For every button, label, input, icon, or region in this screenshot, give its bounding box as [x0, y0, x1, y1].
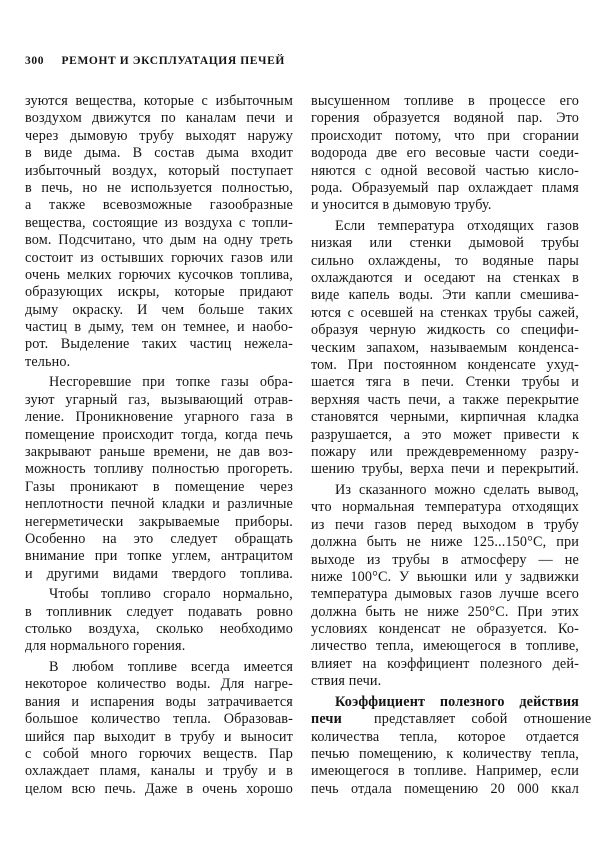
text-line: целом всю печь. Даже в очень хорошо [25, 781, 293, 798]
text-line: виде капель воды. Эти капли смешива- [311, 287, 579, 304]
text-line: становятся черными, кирпичная кладка [311, 409, 579, 426]
text-line: некоторое количество воды. Для нагре- [25, 676, 293, 693]
text-line: состоит из остывших горючих газов или [25, 250, 293, 267]
text-line: а также всевозможные газообразные [25, 197, 293, 214]
text-line: ческим запахом, называемым конденса- [311, 340, 579, 357]
text-line: в виде дыма. В состав дыма входит [25, 145, 293, 162]
text-line: печью помещению, к количеству тепла, [311, 746, 579, 763]
text-line: вания и испарения воды затрачивается [25, 694, 293, 711]
text-line: большое количество тепла. Образовав- [25, 711, 293, 728]
text-line: шается тяга в печи. Стенки трубы и [311, 374, 579, 391]
text-line: пожару или преждевременному разру- [311, 444, 579, 461]
text-line: выходе из трубы в атмосферу — не [311, 552, 579, 569]
text-line: неплотности печной кладки и различные [25, 496, 293, 513]
text-line: Из сказанного можно сделать вывод, [311, 482, 579, 499]
paragraph: Несгоревшие при топке газы обра- зуют уг… [25, 374, 293, 583]
text-line: воздухом движутся по каналам печи и [25, 110, 293, 127]
running-header: 300 РЕМОНТ И ЭКСПЛУАТАЦИЯ ПЕЧЕЙ [25, 55, 285, 67]
text-line: личество тепла, имеющегося в топливе, [311, 638, 579, 655]
paragraph: высушенном топливе в процессе его горени… [311, 93, 579, 215]
text-line: что нормальная температура отходящих [311, 499, 579, 516]
text-line: ниже 100°С. У вьюшки или у задвижки [311, 569, 579, 586]
text-line: охлаждаются и оседают на стенках в [311, 270, 579, 287]
text-line: из печи газов перед выходом в трубу [311, 517, 579, 534]
text-line: частиц в дыму, тем он темнее, и наобо- [25, 319, 293, 336]
text-line: зуются вещества, которые с избыточным [25, 93, 293, 110]
text-line: негерметически закрываемые приборы. [25, 514, 293, 531]
text-line: условиях конденсат не образуется. Ко- [311, 621, 579, 638]
paragraph-definition: Коэффициент полезного действия печи пред… [311, 694, 579, 798]
text-line: должна быть не ниже 250°С. При этих [311, 604, 579, 621]
text-fragment: представляет собой отношение [374, 711, 591, 727]
text-line: столько воздуха, сколько необходимо [25, 621, 293, 638]
text-line: образуя черную жидкость со специфи- [311, 322, 579, 339]
text-line: верхняя часть печи, а также перекрытие [311, 392, 579, 409]
term-heading: Коэффициент полезного действия [311, 694, 579, 711]
text-line: Особенно на это следует обращать [25, 531, 293, 548]
text-line: помещение происходит тогда, когда печь [25, 427, 293, 444]
running-title: РЕМОНТ И ЭКСПЛУАТАЦИЯ ПЕЧЕЙ [62, 55, 285, 67]
text-line: шению трубы, верха печи и перекрытий. [311, 461, 579, 478]
text-line: с собой много горючих веществ. Пар [25, 746, 293, 763]
text-line: происходит потому, что при сгорании [311, 128, 579, 145]
text-line: печи представляет собой отношение [311, 711, 579, 728]
text-line: и уносится в дымовую трубу. [311, 197, 579, 214]
text-line: охлаждает пламя, каналы и трубу и в [25, 763, 293, 780]
text-line: температура дымовых газов лучше всего [311, 586, 579, 603]
text-line: в топливник следует подавать ровно [25, 604, 293, 621]
text-line: можность топливу полностью прогореть. [25, 461, 293, 478]
paragraph: Чтобы топливо сгорало нормально, в топли… [25, 586, 293, 656]
text-line: том. При постоянном конденсате ухуд- [311, 357, 579, 374]
text-line: образующих искры, которые придают [25, 284, 293, 301]
text-line: зуют угарный газ, вызывающий отрав- [25, 392, 293, 409]
text-line: вещества, состоящие из воздуха с топли- [25, 215, 293, 232]
text-line: Если температура отходящих газов [311, 218, 579, 235]
text-line: дыму окраску. И чем больше таких [25, 302, 293, 319]
text-line: количества тепла, которое отдается [311, 729, 579, 746]
text-line: печь отдала помещению 20 000 ккал [311, 781, 579, 798]
paragraph: В любом топливе всегда имеется некоторое… [25, 659, 293, 798]
text-line: няются с одной весовой частью кисло- [311, 163, 579, 180]
text-line: Чтобы топливо сгорало нормально, [25, 586, 293, 603]
text-line: через дымовую трубу выходят наружу [25, 128, 293, 145]
text-line: для нормального горения. [25, 638, 293, 655]
left-column: зуются вещества, которые с избыточным во… [25, 93, 293, 801]
text-line: очень мелких горючих кусочков топлива, [25, 267, 293, 284]
term-heading-cont: печи [311, 711, 342, 727]
paragraph: Из сказанного можно сделать вывод, что н… [311, 482, 579, 691]
paragraph: зуются вещества, которые с избыточным во… [25, 93, 293, 371]
text-line: высушенном топливе в процессе его [311, 93, 579, 110]
text-line: В любом топливе всегда имеется [25, 659, 293, 676]
text-line: в печь, но не используется полностью, [25, 180, 293, 197]
text-line: разрушается, а это может привести к [311, 427, 579, 444]
text-line: ление. Проникновение угарного газа в [25, 409, 293, 426]
text-line: сильно охлаждены, то водяные пары [311, 253, 579, 270]
text-line: должна быть не ниже 125...150°С, при [311, 534, 579, 551]
right-column: высушенном топливе в процессе его горени… [311, 93, 579, 801]
text-line: Несгоревшие при топке газы обра- [25, 374, 293, 391]
text-line: низкая или стенки дымовой трубы [311, 235, 579, 252]
text-line: закрывают раньше времени, не дав воз- [25, 444, 293, 461]
text-line: и другими видами твердого топлива. [25, 566, 293, 583]
text-line: избыточный воздух, который поступает [25, 163, 293, 180]
text-line: ются с осевшей на стенках трубы сажей, [311, 305, 579, 322]
text-line: тельно. [25, 354, 293, 371]
text-line: вом. Подсчитано, что дым на одну треть [25, 232, 293, 249]
text-line: имеющегося в топливе. Например, если [311, 763, 579, 780]
text-line: шийся пар выходит в трубу и выносит [25, 729, 293, 746]
page-number: 300 [25, 55, 44, 67]
text-line: внимание при топке углем, антрацитом [25, 548, 293, 565]
paragraph: Если температура отходящих газов низкая … [311, 218, 579, 479]
text-line: влияет на коэффициент полезного дей- [311, 656, 579, 673]
text-line: горения образуется водяной пар. Это [311, 110, 579, 127]
text-line: Газы проникают в помещение через [25, 479, 293, 496]
text-line: рот. Выделение таких частиц нежела- [25, 336, 293, 353]
text-line: ствия печи. [311, 673, 579, 690]
text-line: водорода две его весовые части соеди- [311, 145, 579, 162]
text-line: рода. Образуемый пар охлаждает пламя [311, 180, 579, 197]
